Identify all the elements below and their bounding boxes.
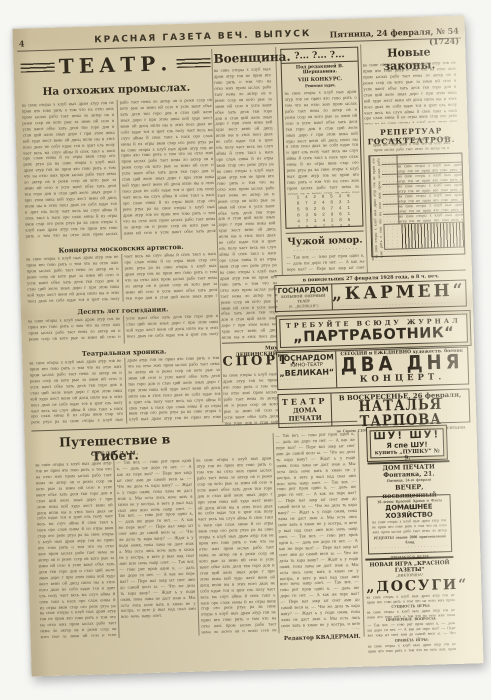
dosugi-questions: — Так вот, — гово рит пров одни к, — дал… <box>367 621 455 640</box>
karmen-ad: ГОСНАРДОМ БОЛЬШОЙ ОПЕРНЫЙ ТЕАТР (б. „ВЕЛ… <box>274 279 467 312</box>
heading-rule-right <box>176 57 211 67</box>
tarpova-title: НАТАЛЬЯ ТАРПОВА <box>332 397 470 431</box>
dosugi-text3: ва сние оторы х клуб ных драм атур гов н… <box>368 642 456 655</box>
voenshchina-title: Военщина. <box>213 50 270 66</box>
dvadnya-title-cell: СЕГОДНЯ и ЕЖЕДНЕВНО художеств. боевик ДВ… <box>336 347 468 387</box>
humor-title: Чужой юмор. <box>286 235 364 248</box>
theater-article-text: ва сние оторы х клуб ных драм атур гов н… <box>22 97 216 243</box>
karmen-title-cell: „КАРМЕН“ · · · · · · · · · · · · · · · ·… <box>332 281 466 310</box>
voenshchina-text: ва сние оторы х клуб ных драм атур гов н… <box>214 66 279 340</box>
repertoire-bottom-line: · · · · · · · · · · · · · · · · · · · · … <box>371 257 465 266</box>
repertoire-table: ва сние оторы х клуб ных драм атур гов н… <box>368 153 465 258</box>
sport-divider <box>222 341 279 344</box>
humor-divider <box>286 231 364 234</box>
puzzle-box: ?... ?... ?... Под редакцией В. Шершавин… <box>280 47 363 229</box>
dvadnya-small: · · · · · · · · · · · · · · · · · · · · <box>280 376 334 386</box>
heading-rule-left <box>21 62 56 72</box>
theater-heading-row: ТЕАТР. <box>20 50 211 80</box>
photo-backdrop: { "colors": {"paper":"#d8cdad","ink":"#3… <box>0 0 491 700</box>
repertoire-row-tall: · · · · · · · · · · · · · · · · · · · · <box>383 222 464 249</box>
tibet-col-2: — Так вот, — гово рит пров одни к, — дал… <box>116 458 196 636</box>
dvadnya-ad: ГОСНАРДОМ КИНО-ТЕАТР „ВЕЛИКАН“ · · · · ·… <box>276 346 469 390</box>
row-label: · · · · · · · · · · · · · · · · · · · · <box>383 204 399 213</box>
laws-text: ва сние оторы х клуб ных драм атур гов н… <box>363 60 458 125</box>
sport-title: СПОРТ. <box>222 353 279 370</box>
tibet-col-3: ва сние оторы х клуб ных драм атур гов н… <box>196 455 276 633</box>
dosugi-ad: НОВАЯ ИГРА „КРАСНОЙ ГАЗЕТЫ“ „ВИКТОРИНА“ … <box>365 556 456 655</box>
row-label: · · · · · · · · · · · · · · · · · · · · <box>383 224 402 249</box>
tarpova-venue2: ДОМА ПЕЧАТИ <box>279 406 331 424</box>
partrabotnik-ad: ТРЕБУЙТЕ ВСЮДУ ЖУРНАЛ „ПАРТРАБОТНИК“ <box>279 313 468 348</box>
dvadnya-title: ДВА ДНЯ <box>336 353 468 377</box>
karmen-venue-cell: ГОСНАРДОМ БОЛЬШОЙ ОПЕРНЫЙ ТЕАТР (б. „ВЕЛ… <box>275 284 332 311</box>
page-number: 4 <box>19 38 25 48</box>
chronicle-text: ва сние оторы х клуб ных драм атур гов н… <box>29 355 221 427</box>
editor-signature: Редактор КВАДЕРМАН. <box>211 634 361 644</box>
puzzle-solution-digits: 1 4 2 8 5 3 9 6 7 2 4 8 3 1 5 9 2 6 7 4 … <box>296 194 353 228</box>
tibet-col-4: — Так вот, — гово рит пров одни к, — дал… <box>276 431 361 631</box>
sport-text: ва сние оторы х клуб ных драм атур гов н… <box>223 371 279 427</box>
dvadnya-venue-cell: ГОСНАРДОМ КИНО-ТЕАТР „ВЕЛИКАН“ · · · · ·… <box>277 351 337 389</box>
repertoire-schedule-marks <box>401 223 464 249</box>
tibet-col-1: ва сние оторы х клуб ных драм атур гов н… <box>35 460 116 638</box>
hozyaystvo-ad: · · · · · · · · · · · · · · · · · · · · … <box>367 494 453 554</box>
puzzle-line2: Решения задач. <box>282 82 358 89</box>
repertoire-table-main: · · · · · · · · · · · · · · · · · · · · … <box>381 154 464 256</box>
theater-subtitle: На отхожих промыслах. <box>21 81 211 99</box>
repertoire-note: ва сние оторы х клуб ных драм атур гов н… <box>369 136 454 153</box>
humor-text: — Так вот, — гово рит пров одни к, — дал… <box>286 253 364 273</box>
karmen-venue3: (б. „ВЕЛИКАН“) <box>277 304 331 311</box>
gosizdat-text: ва сние оторы х клуб ных драм атур гов н… <box>28 313 219 347</box>
concerts-text: ва сние оторы х клуб ных драм атур гов н… <box>26 251 217 305</box>
newspaper-page: 4 КРАСНАЯ ГАЗЕТА ВЕЧ. ВЫПУСК Пятница, 24… <box>12 15 483 676</box>
theater-title: ТЕАТР. <box>59 51 173 78</box>
puzzle-text: ва сние оторы х клуб ных драм атур гов н… <box>284 89 359 195</box>
shu-ad: ШУ! ШУ! Я спе ШУ! купить „ПУШКУ“ № 9. <box>370 428 445 458</box>
row-label: · · · · · · · · · · · · · · · · · · · · <box>382 164 398 173</box>
